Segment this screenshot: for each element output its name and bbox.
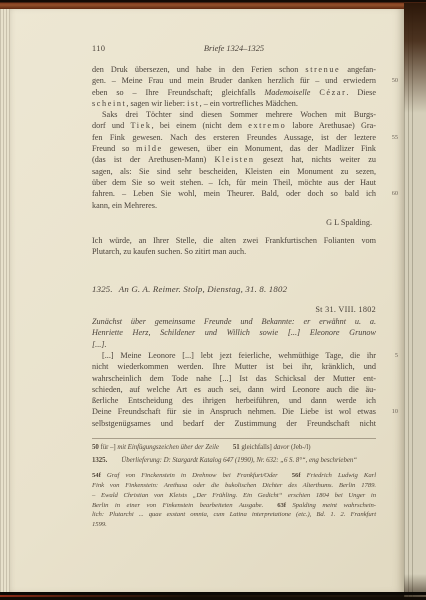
text-line: über dem Sie so weit stehen. – Ich, für … [92,177,376,188]
text-line: Fink von Finkenstein: Arethusa oder die … [92,481,376,491]
text-line: nicht wiederkommen werden. Ihre Mutter i… [92,361,376,372]
text-segment: Cézar [319,88,346,97]
text-segment: 50 [92,444,99,451]
paragraph-letter1324-postscript: Ich würde, an Ihrer Stelle, die alten zw… [92,235,376,258]
text-segment: 63f [277,502,286,509]
text-line: eben so – Ihre Freundschaft; gleichfalls… [92,87,376,98]
text-line: selbstgenügsames und bedarf der Zustimmu… [92,418,376,429]
text-line: Henriette Herz, Schildener und Willich s… [92,327,376,338]
text-segment [310,88,319,97]
text-segment: [...] Meine Leonore [...] lebt jezt feie… [102,351,376,360]
text-segment: nicht wiederkommen werden. Ihre Mutter i… [92,362,376,371]
text-segment: 56f [292,472,301,479]
text-line: lich: Plutarchi ... quae exstant omnia, … [92,510,376,520]
text-segment: , bei einem (nicht dem [152,121,249,130]
text-line: gen. – Meine Frau und mein Bruder danken… [92,75,376,86]
text-segment: Spalding meint wahrschein- [286,502,376,509]
text-segment: Tiek [130,121,151,130]
text-line: wahrscheinlich dem Tode nahe [...] Ist d… [92,373,376,384]
text-line: fen Fink gewesen. Nach des ersteren Freu… [92,132,376,143]
text-segment: den Druk übersezen, und habe in den Feri… [92,65,305,74]
text-segment: Zunächst über gemeinsame Freunde und Bek… [92,317,376,326]
text-segment: schieden, auf welche Art es auch sei, da… [92,385,376,394]
text-segment: lich: Plutarchi ... quae exstant omnia, … [92,511,376,518]
text-line: sagen, als: Sie sind sehr bescheiden, Kl… [92,166,376,177]
text-segment: [...]. [92,340,107,349]
paragraph-letter1324-saks: Saks drei Töchter sind diesen Sommer meh… [92,109,376,211]
text-line: 54f Graf von Finckenstein in Drehnow bei… [92,471,376,481]
text-segment: Henriette Herz, Schildener und Willich s… [92,328,376,337]
text-line: 1599. [92,520,376,530]
text-segment: Freund so [92,144,136,153]
margin-line-number: 60 [376,190,398,198]
text-segment: milde [136,144,163,153]
margin-line-number: 10 [376,408,398,416]
text-segment: angefan- [340,65,376,74]
text-line: [...] Meine Leonore [...] lebt jezt feie… [92,350,376,361]
text-segment: davor [273,444,289,451]
text-segment: mit Einfügungszeichen über der Zeile [117,444,219,451]
text-segment: über dem Sie so weit stehen. – Ich, für … [92,178,376,187]
text-segment: Berlin in einer von Finkenstein bearbeit… [92,502,263,509]
text-segment: scheint [92,99,126,108]
text-line: Ich würde, an Ihrer Stelle, die alten zw… [92,235,376,246]
text-line: dorf und Tiek, bei einem (nicht dem extr… [92,120,376,131]
text-segment: fahren. – Leben Sie wohl, mein Theurer. … [92,189,376,198]
text-line: kann, ein Mehreres. [92,200,376,211]
text-line: den Druk übersezen, und habe in den Feri… [92,64,376,75]
apparatus-line-variants: 50 für –] mit Einfügungszeichen über der… [92,443,376,453]
text-segment: Plutarch, zu kaufen suchen. So zitirt ma… [92,247,246,256]
apparatus-commentary: 54f Graf von Finckenstein in Drehnow bei… [92,471,376,529]
margin-line-number: 50 [376,77,398,85]
text-segment: Friedrich Ludwig Karl [301,472,377,479]
text-segment: Saks drei Töchter sind diesen Sommer meh… [102,110,376,119]
text-line: ßerliche Entscheidung des ihrigen herbei… [92,395,376,406]
cover-shadow-top-right [404,3,426,113]
text-segment: extremo [248,121,286,130]
text-segment: (das ist der Arethusen-Mann) [92,155,215,164]
text-segment: für –] [99,444,118,451]
text-segment: dorf und [92,121,130,130]
text-segment: fen Fink gewesen. Nach des ersteren Freu… [92,133,376,142]
text-line: Freund so milde gewesen, über ein Monume… [92,143,376,154]
text-segment: Kleisten [215,155,255,164]
text-segment: Ich würde, an Ihrer Stelle, die alten zw… [92,236,376,245]
margin-line-number: 55 [376,134,398,142]
paragraph-letter1324-end: den Druk übersezen, und habe in den Feri… [92,64,376,109]
book-scan: 50 55 60 5 10 110 Briefe 1324–1325 den D… [0,0,426,600]
text-line: Deine Freundschaft für sie in Anspruch n… [92,406,376,417]
text-segment: Graf von Finckenstein in Drehnow bei Fra… [101,472,278,479]
text-segment: kann, ein Mehreres. [92,201,157,210]
text-segment: , – ein vortrefliches Mädchen. [200,99,298,108]
text-segment: An G. A. Reimer. Stolp, Dienstag, 31. 8.… [119,284,287,294]
text-segment: Mademoiselle [264,88,310,97]
text-line: Saks drei Töchter sind diesen Sommer meh… [92,109,376,120]
text-segment: strenue [305,65,340,74]
text-segment: sagen, als: Sie sind sehr bescheiden, Kl… [92,167,376,176]
page-number: 110 [92,43,105,54]
page-stack-right-edge [404,3,426,600]
text-line: [...]. [92,339,376,350]
footnote-separator-rule [92,438,376,439]
text-line: – Ewald Christian von Kleists „Der Frühl… [92,491,376,501]
letter-1325-body: [...] Meine Leonore [...] lebt jezt feie… [92,350,376,429]
text-segment: eben so – Ihre Freundschaft; gleichfalls [92,88,264,97]
text-line: schieden, auf welche Art es auch sei, da… [92,384,376,395]
text-segment: wahrscheinlich dem Tode nahe [...] Ist d… [92,374,376,383]
letter-1325-heading: 1325.An G. A. Reimer. Stolp, Dienstag, 3… [92,283,376,295]
signature-spalding: G L Spalding. [92,217,376,228]
text-segment: gen. – Meine Frau und mein Bruder danken… [92,76,376,85]
letter-1325-summary: Zunächst über gemeinsame Freunde und Bek… [92,316,376,350]
text-segment: 1599. [92,521,107,528]
text-segment: 1325. [92,457,107,464]
apparatus-line-ueberlieferung: 1325.Überlieferung: D: Stargardt Katalog… [92,456,376,466]
text-segment: (Jeb-/l) [289,444,310,451]
text-line: Zunächst über gemeinsame Freunde und Bek… [92,316,376,327]
text-segment: Deine Freundschaft für sie in Anspruch n… [92,407,376,416]
text-segment: . Diese [346,88,376,97]
book-page: 50 55 60 5 10 110 Briefe 1324–1325 den D… [10,9,404,592]
text-line: Berlin in einer von Finkenstein bearbeit… [92,501,376,511]
text-segment: gleichfalls] [240,444,274,451]
text-segment: 1325. [92,284,113,294]
text-segment: gewesen, über ein Monument, das der Madl… [163,144,376,153]
margin-line-number: 5 [376,352,398,360]
running-title: Briefe 1324–1325 [204,43,264,54]
text-line: Plutarch, zu kaufen suchen. So zitirt ma… [92,246,376,257]
text-line: scheint, sagen wir lieber: ist, – ein vo… [92,98,376,109]
text-column: 110 Briefe 1324–1325 den Druk übersezen,… [92,43,376,530]
book-cover-top-edge [0,0,426,9]
text-segment: Überlieferung: D: Stargardt Katalog 647 … [121,457,357,464]
text-line: (das ist der Arethusen-Mann) Kleisten ge… [92,154,376,165]
letter-1325-date-sigle: St 31. VIII. 1802 [92,304,376,315]
text-segment: ist [187,99,200,108]
text-segment: labore Arethusae) Gra- [286,121,376,130]
text-segment: 54f [92,472,101,479]
text-segment: – Ewald Christian von Kleists „Der Frühl… [92,492,376,499]
text-segment: 51 [233,444,240,451]
running-head: 110 Briefe 1324–1325 [92,43,376,54]
text-line: fahren. – Leben Sie wohl, mein Theurer. … [92,188,376,199]
text-segment: selbstgenügsames und bedarf der Zustimmu… [92,419,376,428]
text-segment: Fink von Finkenstein: Arethusa oder die … [92,482,376,489]
text-segment: ßerliche Entscheidung des ihrigen herbei… [92,396,376,405]
text-segment: , sagen wir lieber: [126,99,187,108]
text-segment: gesezt hat, nichts weiter zu [255,155,376,164]
